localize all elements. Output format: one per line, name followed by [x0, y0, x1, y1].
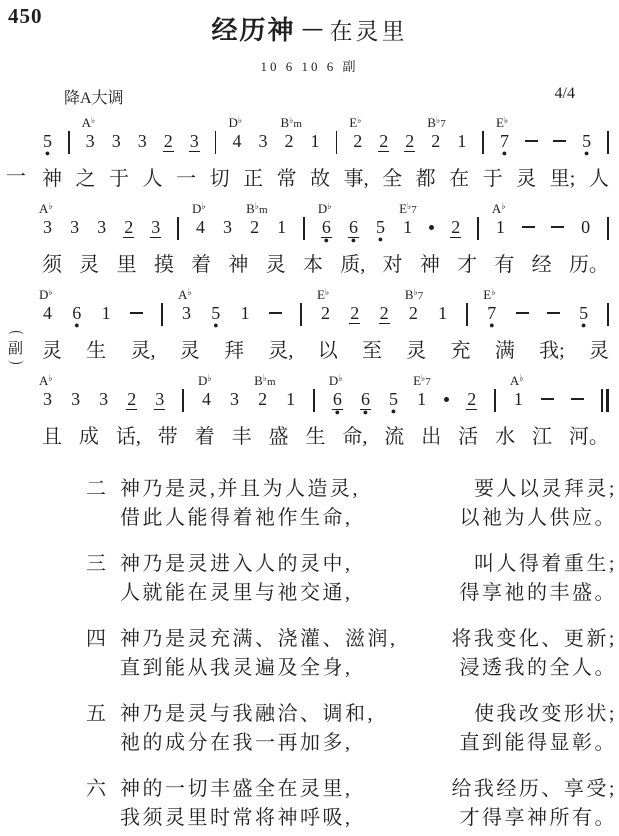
note: B♭m2● — [284, 131, 295, 157]
note-row: A♭3●3●3●2●3●D♭4●3●B♭m2●1●D♭6●6●5●E♭71●2●… — [42, 372, 609, 418]
note: D♭4● — [201, 389, 212, 415]
lyric-syllable: 历。 — [569, 248, 609, 277]
note: A♭3● — [42, 217, 53, 243]
lyric-syllable: 对 — [383, 248, 403, 277]
note: 2● — [163, 131, 174, 158]
note: B♭72● — [430, 131, 441, 157]
barline — [494, 389, 496, 412]
verse-line-first-half: 我须灵里时常将神呼吸, — [120, 804, 353, 833]
verse-line: 神乃是灵,并且为人造灵,要人以灵拜灵; — [120, 475, 617, 504]
note: E♭2● — [352, 131, 363, 157]
lyric-syllable: 灵 — [42, 334, 62, 363]
lyric-syllable: 充 — [451, 334, 471, 363]
verse-line-first-half: 神乃是灵与我融洽、调和, — [120, 700, 375, 729]
verse-line: 借此人能得着祂作生命,以祂为人供应。 — [120, 504, 617, 533]
chord-symbol: A♭ — [82, 115, 96, 129]
note: 6● — [71, 303, 82, 329]
lyric-syllable: 至 — [362, 334, 382, 363]
chord-symbol: B♭7 — [427, 115, 445, 131]
note-digit: 1 — [276, 217, 287, 237]
verse-line: 神乃是灵充满、浇灌、滋润,将我变化、更新; — [120, 625, 617, 654]
octave-dot: ● — [335, 410, 340, 416]
title-dash: — — [302, 17, 324, 42]
note: 1● — [240, 303, 251, 329]
note-digit: 2 — [284, 131, 295, 151]
octave-dot: ● — [213, 323, 218, 329]
note: 2● — [126, 389, 137, 416]
note-digit: 2 — [379, 303, 390, 324]
page-title: 经历神—在灵里 — [0, 0, 619, 47]
note: 1● — [101, 303, 112, 329]
verse: 六神的一切丰盛全在灵里,给我经历、享受;我须灵里时常将神呼吸,才得享神所有。 — [86, 775, 619, 833]
octave-dot: ● — [363, 410, 368, 416]
lyric-syllable: 之 — [76, 162, 96, 191]
octave-dot: ● — [74, 323, 79, 329]
note-digit: 1 — [416, 389, 427, 409]
barline — [466, 303, 468, 326]
verse-line: 我须灵里时常将神呼吸,才得享神所有。 — [120, 804, 617, 833]
verse-line-second-half: 浸透我的全人。 — [460, 654, 618, 683]
note-digit: 2 — [257, 389, 268, 409]
octave-dot: ● — [45, 151, 50, 157]
note: 3● — [137, 131, 148, 157]
note-digit: 3 — [42, 389, 53, 409]
verse-line: 神乃是灵进入人的灵中,叫人得着重生; — [120, 550, 617, 579]
chorus-mark-glyph: 副 — [6, 335, 25, 360]
note: A♭3● — [85, 131, 96, 157]
lyric-syllable: 经 — [532, 248, 552, 277]
note: 5● — [388, 389, 399, 415]
note-digit: 4 — [201, 389, 212, 409]
octave-dot: ● — [324, 238, 329, 244]
note-digit: 2 — [163, 131, 174, 152]
lyric-syllable: 话, — [116, 420, 141, 449]
verse-line-first-half: 人就能在灵里与祂交通, — [120, 579, 353, 608]
barline — [161, 303, 163, 326]
octave-dot: ● — [502, 151, 507, 157]
note-digit: 3 — [70, 389, 81, 409]
chord-symbol: A♭ — [510, 373, 524, 387]
lyric-syllable: 灵 — [79, 248, 99, 277]
duration-dash — [547, 312, 560, 314]
note-row: 5●A♭3●3●3●2●3●D♭4●3●B♭m2●1●E♭2●2●2●B♭72●… — [42, 114, 609, 160]
verse-lines: 神乃是灵充满、浇灌、滋润,将我变化、更新;直到能从我灵遍及全身,浸透我的全人。 — [120, 625, 619, 683]
verse-number: 三 — [86, 550, 120, 608]
title-subtitle: 在灵里 — [330, 19, 408, 45]
verse-number: 五 — [86, 700, 120, 758]
note-digit: 3 — [85, 131, 96, 151]
note-digit: 2 — [430, 131, 441, 151]
note-digit: 3 — [96, 217, 107, 237]
lyric-syllable: 着 — [195, 420, 215, 449]
chord-symbol: A♭ — [39, 201, 53, 215]
meter-pattern: 10 6 10 6 副 — [0, 56, 619, 75]
verse-line: 直到能从我灵遍及全身,浸透我的全人。 — [120, 654, 617, 683]
barline — [607, 303, 609, 326]
verse: 五神乃是灵与我融洽、调和,使我改变形状;祂的成分在我一再加多,直到能得显彰。 — [86, 700, 619, 758]
note-digit: 2 — [408, 303, 419, 323]
lyric-syllable: 本 — [303, 248, 323, 277]
music-systems: 5●A♭3●3●3●2●3●D♭4●3●B♭m2●1●E♭2●2●2●B♭72●… — [42, 114, 609, 449]
note: A♭1● — [495, 217, 506, 243]
note-digit: 3 — [189, 131, 200, 152]
note: 5● — [210, 303, 221, 329]
lyric-syllable: 故 — [310, 162, 330, 191]
lyric-syllable: 河。 — [569, 420, 609, 449]
note-row: A♭3●3●3●2●3●D♭4●3●B♭m2●1●D♭6●6●5●E♭71●2●… — [42, 200, 609, 246]
octave-dot: ● — [391, 409, 396, 415]
verse-line-first-half: 祂的成分在我一再加多, — [120, 729, 353, 758]
note-digit: 2 — [349, 303, 360, 324]
lyric-syllable: 里 — [117, 248, 137, 277]
augmentation-dot — [429, 225, 434, 230]
note: E♭71● — [416, 389, 427, 415]
lyric-syllable: 灵 — [516, 162, 536, 191]
note: 3● — [96, 217, 107, 243]
lyric-syllable: 一 — [176, 162, 196, 191]
verse: 二神乃是灵,并且为人造灵,要人以灵拜灵;借此人能得着祂作生命,以祂为人供应。 — [86, 475, 619, 533]
note: 2● — [123, 217, 134, 244]
verse-line-first-half: 神乃是灵充满、浇灌、滋润, — [120, 625, 398, 654]
verse-line: 人就能在灵里与祂交通,得享祂的丰盛。 — [120, 579, 617, 608]
verse-line-second-half: 直到能得显彰。 — [460, 729, 618, 758]
lyric-syllable: 出 — [421, 420, 441, 449]
note: 3● — [111, 131, 122, 157]
verse-line-second-half: 给我经历、享受; — [451, 775, 617, 804]
chord-symbol: A♭ — [492, 201, 506, 215]
lyric-syllable: 灵 — [266, 248, 286, 277]
note: E♭2● — [320, 303, 331, 329]
lyric-syllable: 且 — [42, 420, 62, 449]
note-digit: 3 — [42, 217, 53, 237]
augmentation-dot — [444, 397, 449, 402]
verse-lines: 神乃是灵进入人的灵中,叫人得着重生;人就能在灵里与祂交通,得享祂的丰盛。 — [120, 550, 619, 608]
note: 5● — [375, 217, 386, 243]
note: E♭7● — [499, 131, 510, 157]
note-digit: 2 — [320, 303, 331, 323]
note: B♭72● — [408, 303, 419, 329]
note-digit: 2 — [466, 389, 477, 410]
note-digit: 1 — [285, 389, 296, 409]
note: 2● — [450, 217, 461, 244]
note: 3● — [229, 389, 240, 415]
note: E♭71● — [402, 217, 413, 243]
lyric-syllable: 才 — [457, 248, 477, 277]
note-digit: 2 — [378, 131, 389, 152]
verse-line-first-half: 神乃是灵,并且为人造灵, — [120, 475, 360, 504]
music-system: D♭4●6●1●A♭3●5●1●E♭2●2●2●B♭72●1●E♭7●5●副灵生… — [42, 286, 609, 363]
duration-dash — [522, 226, 535, 228]
octave-dot: ● — [489, 323, 494, 329]
verse-line-first-half: 直到能从我灵遍及全身, — [120, 654, 353, 683]
verse-number: 四 — [86, 625, 120, 683]
chord-symbol: E♭ — [349, 115, 361, 129]
note: 1● — [456, 131, 467, 157]
final-barline — [601, 389, 609, 412]
note: A♭1● — [513, 389, 524, 415]
note: B♭m2● — [257, 389, 268, 415]
lyric-syllable: 水 — [495, 420, 515, 449]
note: 2● — [404, 131, 415, 158]
lyric-syllable: 在 — [449, 162, 469, 191]
lyric-syllable: 摸 — [154, 248, 174, 277]
note-digit: 1 — [101, 303, 112, 323]
lyric-syllable: 拜 — [224, 334, 244, 363]
chord-symbol: E♭7 — [413, 373, 431, 389]
lyric-syllable: 以 — [318, 334, 338, 363]
note: 2● — [378, 131, 389, 158]
octave-dot: ● — [584, 151, 589, 157]
note: 3● — [189, 131, 200, 158]
note-digit: 2 — [126, 389, 137, 410]
note-digit: 3 — [154, 389, 165, 410]
verse-line-second-half: 才得享神所有。 — [460, 804, 618, 833]
duration-dash — [571, 398, 584, 400]
note-digit: 1 — [437, 303, 448, 323]
key-time-row: 降A大调 4/4 — [64, 85, 575, 108]
note-digit: 3 — [229, 389, 240, 409]
verse-line-second-half: 使我改变形状; — [474, 700, 617, 729]
note-digit: 1 — [456, 131, 467, 151]
lyric-syllable: 带 — [158, 420, 178, 449]
lyric-syllable: 神 — [420, 248, 440, 277]
music-system: A♭3●3●3●2●3●D♭4●3●B♭m2●1●D♭6●6●5●E♭71●2●… — [42, 372, 609, 449]
note: 2● — [379, 303, 390, 330]
verse-line-first-half: 借此人能得着祂作生命, — [120, 504, 353, 533]
note-digit: 1 — [402, 217, 413, 237]
note-digit: 1 — [240, 303, 251, 323]
octave-dot: ● — [378, 237, 383, 243]
lyric-syllable: 里; — [550, 162, 576, 191]
note-digit: 4 — [42, 303, 53, 323]
note-digit: 3 — [181, 303, 192, 323]
note: 3● — [150, 217, 161, 244]
lyric-syllable: 灵, — [131, 334, 156, 363]
lyric-syllable: 于 — [483, 162, 503, 191]
barline — [336, 131, 338, 154]
lyric-syllable: 灵, — [268, 334, 293, 363]
duration-dash — [516, 312, 529, 314]
note: A♭3● — [181, 303, 192, 329]
note-digit: 2 — [123, 217, 134, 238]
lyric-syllable: 丰 — [232, 420, 252, 449]
barline — [68, 131, 70, 154]
lyric-syllable: 活 — [458, 420, 478, 449]
note: 3● — [69, 217, 80, 243]
note: 5● — [578, 303, 589, 329]
note: 2● — [349, 303, 360, 330]
note: 6● — [360, 389, 371, 416]
verse-line-second-half: 以祂为人供应。 — [460, 504, 618, 533]
verse-line: 祂的成分在我一再加多,直到能得显彰。 — [120, 729, 617, 758]
note-digit: 3 — [257, 131, 268, 151]
chord-symbol: D♭ — [318, 201, 332, 215]
lyric-syllable: 盛 — [269, 420, 289, 449]
note: 3● — [154, 389, 165, 416]
lyric-syllable: 流 — [384, 420, 404, 449]
lyric-syllable: 事, — [344, 162, 369, 191]
chord-symbol: D♭ — [228, 115, 242, 129]
note: D♭6● — [332, 389, 343, 416]
time-signature: 4/4 — [555, 85, 575, 108]
note-digit: 4 — [195, 217, 206, 237]
lyric-syllable: 常 — [277, 162, 297, 191]
note-digit: 3 — [98, 389, 109, 409]
lyric-syllable: 江 — [532, 420, 552, 449]
note: D♭4● — [42, 303, 53, 329]
verse-line: 神乃是灵与我融洽、调和,使我改变形状; — [120, 700, 617, 729]
chord-symbol: D♭ — [39, 287, 53, 301]
chord-symbol: E♭ — [483, 287, 495, 301]
note: 0● — [580, 217, 591, 243]
lyric-syllable: 灵 — [406, 334, 426, 363]
duration-dash — [130, 312, 143, 314]
note: 1● — [437, 303, 448, 329]
lyric-syllable: 生 — [86, 334, 106, 363]
note: 3● — [98, 389, 109, 415]
lyric-syllable: 切 — [210, 162, 230, 191]
hymn-page: 450 经历神—在灵里 10 6 10 6 副 降A大调 4/4 5●A♭3●3… — [0, 0, 619, 836]
verse-line-second-half: 得享祂的丰盛。 — [460, 579, 618, 608]
lyric-syllable: 于 — [109, 162, 129, 191]
verse-lines: 神乃是灵,并且为人造灵,要人以灵拜灵;借此人能得着祂作生命,以祂为人供应。 — [120, 475, 619, 533]
chord-symbol: B♭7 — [405, 287, 423, 303]
chorus-mark: 副 — [6, 336, 25, 361]
verse-line: 神的一切丰盛全在灵里,给我经历、享受; — [120, 775, 617, 804]
note: 3● — [70, 389, 81, 415]
note-row: D♭4●6●1●A♭3●5●1●E♭2●2●2●B♭72●1●E♭7●5● — [42, 286, 609, 332]
lyric-row: 副灵生灵,灵拜灵,以至灵充满我;灵 — [42, 334, 609, 363]
note-digit: 2 — [450, 217, 461, 238]
verse-number: 二 — [86, 475, 120, 533]
barline — [300, 303, 302, 326]
barline — [607, 131, 609, 154]
note: 3● — [222, 217, 233, 243]
key-signature: 降A大调 — [64, 85, 124, 108]
note: A♭3● — [42, 389, 53, 415]
lyric-syllable: 灵 — [589, 334, 609, 363]
note: E♭7● — [486, 303, 497, 329]
lyric-syllable: 人 — [589, 162, 609, 191]
verse-section: 二神乃是灵,并且为人造灵,要人以灵拜灵;借此人能得着祂作生命,以祂为人供应。三神… — [86, 475, 619, 833]
chord-symbol: D♭ — [198, 373, 212, 387]
note: 3● — [257, 131, 268, 157]
lyric-syllable: 神 — [42, 162, 62, 191]
verse-line-first-half: 神乃是灵进入人的灵中, — [120, 550, 353, 579]
lyric-syllable: 成 — [79, 420, 99, 449]
note: 1● — [276, 217, 287, 243]
music-system: A♭3●3●3●2●3●D♭4●3●B♭m2●1●D♭6●6●5●E♭71●2●… — [42, 200, 609, 277]
barline — [482, 131, 484, 154]
note: D♭6● — [321, 217, 332, 244]
barline — [182, 389, 184, 412]
chord-symbol: D♭ — [329, 373, 343, 387]
lyric-syllable: 神 — [228, 248, 248, 277]
page-number: 450 — [8, 4, 43, 29]
note-digit: 2 — [249, 217, 260, 237]
chord-symbol: A♭ — [39, 373, 53, 387]
verse-lines: 神乃是灵与我融洽、调和,使我改变形状;祂的成分在我一再加多,直到能得显彰。 — [120, 700, 619, 758]
chord-symbol: A♭ — [178, 287, 192, 301]
duration-dash — [525, 140, 538, 142]
lyric-syllable: 有 — [494, 248, 514, 277]
chord-symbol: B♭m — [254, 373, 275, 389]
chord-symbol: E♭ — [496, 115, 508, 129]
note-digit: 3 — [111, 131, 122, 151]
lyric-syllable: 质, — [340, 248, 365, 277]
chord-symbol: D♭ — [192, 201, 206, 215]
octave-dot: ● — [581, 323, 586, 329]
note-digit: 3 — [69, 217, 80, 237]
verse-line-first-half: 神的一切丰盛全在灵里, — [120, 775, 353, 804]
note-digit: 0 — [580, 217, 591, 237]
note-digit: 2 — [352, 131, 363, 151]
title-main: 经历神 — [211, 16, 295, 46]
barline — [303, 217, 305, 240]
verse-line-second-half: 叫人得着重生; — [474, 550, 617, 579]
verse-lines: 神的一切丰盛全在灵里,给我经历、享受;我须灵里时常将神呼吸,才得享神所有。 — [120, 775, 619, 833]
barline — [177, 217, 179, 240]
note: 6● — [348, 217, 359, 244]
chord-symbol: B♭m — [281, 115, 302, 131]
lyric-row: 且成话,带着丰盛生命,流出活水江河。 — [42, 420, 609, 449]
lyric-syllable: 灵 — [180, 334, 200, 363]
barline — [313, 389, 315, 412]
note-digit: 3 — [137, 131, 148, 151]
octave-dot: ● — [351, 238, 356, 244]
lyric-syllable: 须 — [42, 248, 62, 277]
lyric-syllable: 正 — [243, 162, 263, 191]
verse-line-second-half: 要人以灵拜灵; — [474, 475, 617, 504]
note-digit: 2 — [404, 131, 415, 152]
note-digit: 1 — [513, 389, 524, 409]
verse-line-second-half: 将我变化、更新; — [451, 625, 617, 654]
duration-dash — [269, 312, 282, 314]
lyric-syllable: 人 — [143, 162, 163, 191]
note: 5● — [42, 131, 53, 157]
music-system: 5●A♭3●3●3●2●3●D♭4●3●B♭m2●1●E♭2●2●2●B♭72●… — [42, 114, 609, 191]
chord-symbol: E♭7 — [399, 201, 417, 217]
barline — [215, 131, 217, 154]
lyric-syllable: 着 — [191, 248, 211, 277]
duration-dash — [541, 398, 554, 400]
lyric-row: 一神之于人一切正常故事,全都在于灵里;人 — [42, 162, 609, 191]
note: B♭m2● — [249, 217, 260, 243]
lyric-syllable: 都 — [416, 162, 436, 191]
verse-number: 六 — [86, 775, 120, 833]
note-digit: 3 — [222, 217, 233, 237]
verse: 四神乃是灵充满、浇灌、滋润,将我变化、更新;直到能从我灵遍及全身,浸透我的全人。 — [86, 625, 619, 683]
note-digit: 1 — [310, 131, 321, 151]
lyric-syllable: 满 — [495, 334, 515, 363]
note-digit: 4 — [231, 131, 242, 151]
chord-symbol: E♭ — [317, 287, 329, 301]
verse: 三神乃是灵进入人的灵中,叫人得着重生;人就能在灵里与祂交通,得享祂的丰盛。 — [86, 550, 619, 608]
duration-dash — [551, 226, 564, 228]
lyric-syllable: 我; — [539, 334, 565, 363]
lyric-syllable: 生 — [305, 420, 325, 449]
chord-symbol: B♭m — [246, 201, 267, 217]
barline — [607, 217, 609, 240]
note: 2● — [466, 389, 477, 416]
barline — [477, 217, 479, 240]
note-digit: 1 — [495, 217, 506, 237]
duration-dash — [553, 140, 566, 142]
note: 1● — [285, 389, 296, 415]
note: D♭4● — [231, 131, 242, 157]
lyric-syllable: 命, — [342, 420, 367, 449]
note-digit: 3 — [150, 217, 161, 238]
